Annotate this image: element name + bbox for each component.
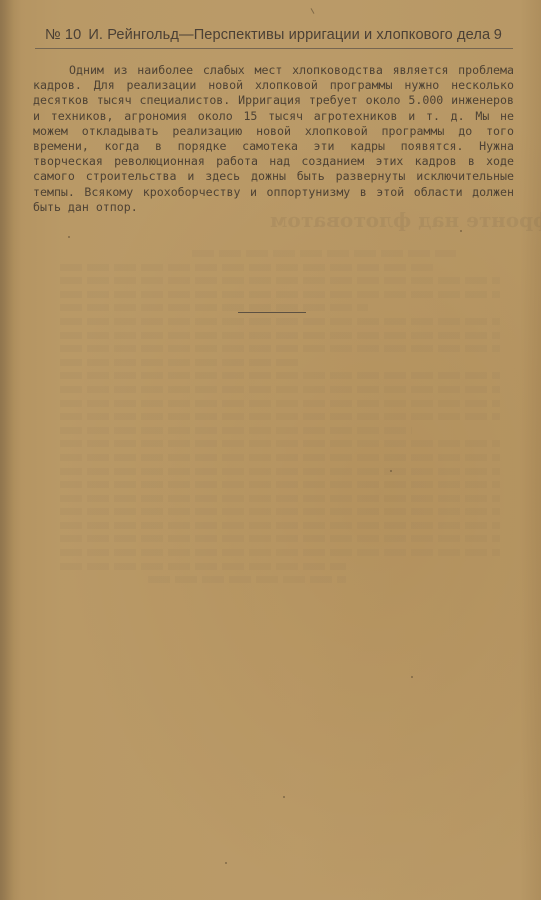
- paper-speck: [68, 236, 70, 238]
- article-author: И. Рейнгольд: [88, 27, 179, 43]
- paper-speck: [225, 862, 227, 864]
- paper-speck: [411, 676, 413, 678]
- binding-shadow: [0, 0, 14, 900]
- page-number: 9: [494, 27, 512, 43]
- issue-number: № 10: [45, 27, 81, 43]
- paper-speck: [283, 796, 285, 798]
- scanned-page: На фронте над флотоватом № 10И. Рейнголь…: [0, 0, 541, 900]
- paper-speck: [390, 470, 392, 472]
- running-head: № 10И. Рейнгольд—Перспективы ирригации и…: [30, 27, 512, 47]
- paper-speck: [460, 230, 462, 232]
- section-separator: [238, 312, 306, 313]
- paper-speck: [311, 8, 315, 14]
- paragraph: Одним из наиболее слабых мест хлопководс…: [33, 63, 514, 215]
- header-rule: [35, 48, 513, 49]
- em-dash: —: [179, 27, 194, 43]
- article-body: Одним из наиболее слабых мест хлопководс…: [33, 63, 514, 215]
- running-head-left: № 10И. Рейнгольд—Перспективы ирригации и…: [30, 27, 490, 43]
- bleed-through-text: [60, 250, 500, 590]
- article-title: Перспективы ирригации и хлопкового дела: [194, 27, 491, 43]
